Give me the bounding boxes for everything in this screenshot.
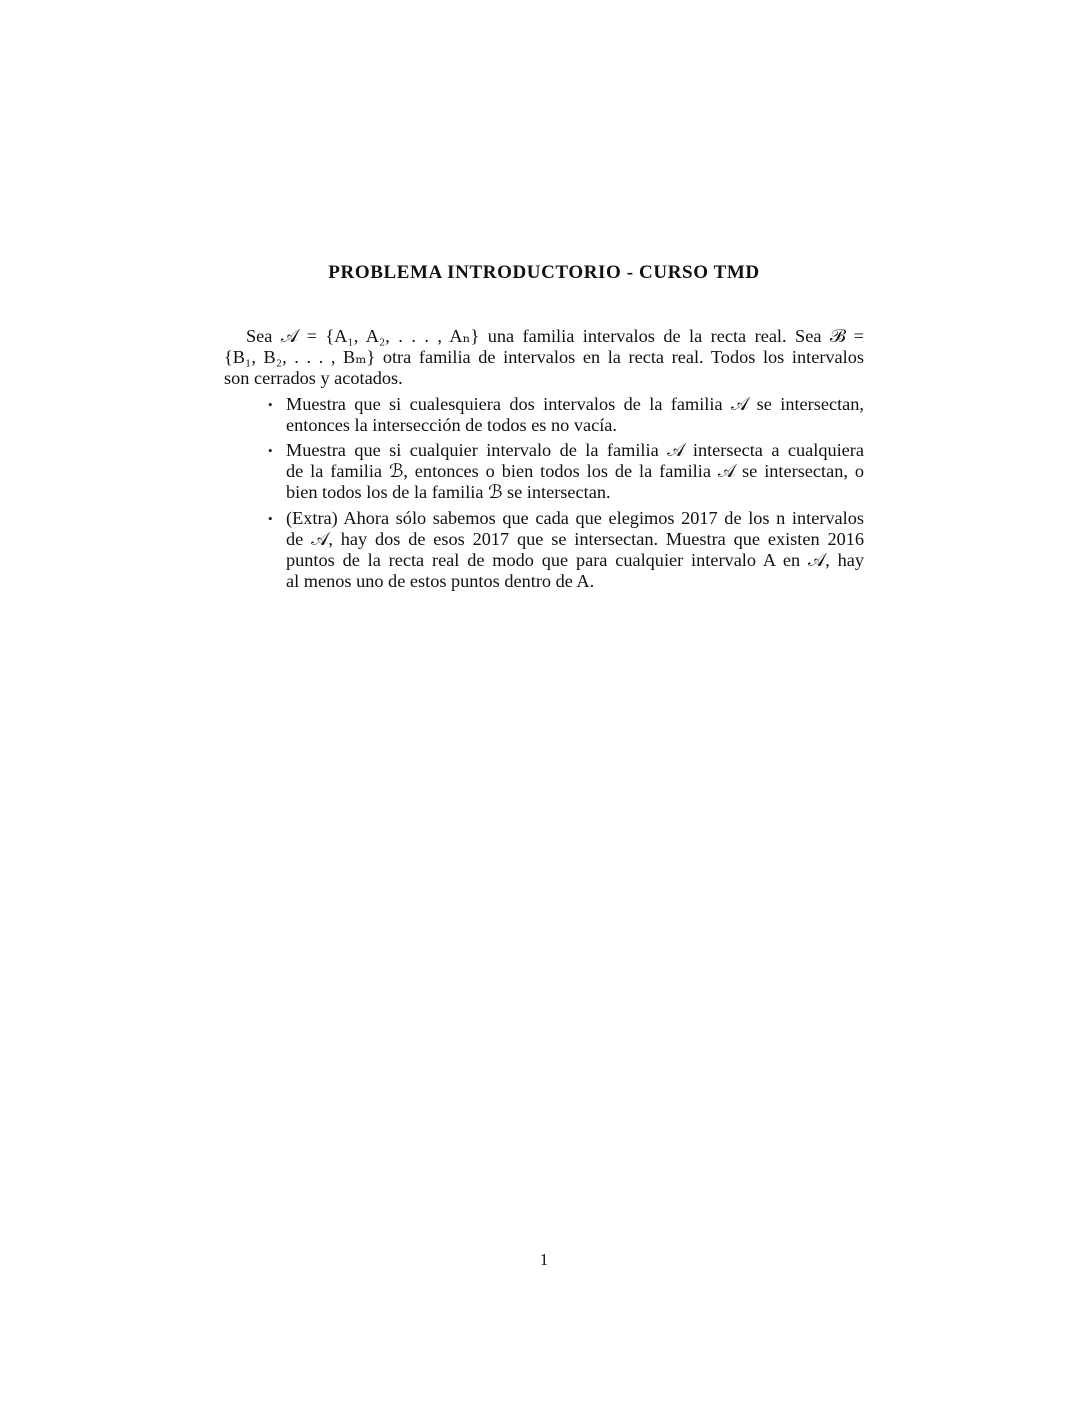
bullet-icon: • xyxy=(268,508,273,529)
item-line: de 𝒜, hay dos de esos 2017 que se inters… xyxy=(286,529,864,550)
document-title: PROBLEMA INTRODUCTORIO - CURSO TMD xyxy=(0,262,1088,284)
item-line: entonces la intersección de todos es no … xyxy=(286,415,864,436)
item-line: Muestra que si cualesquiera dos interval… xyxy=(286,394,864,415)
item-line: de la familia ℬ, entonces o bien todos l… xyxy=(286,461,864,482)
bullet-icon: • xyxy=(268,394,273,415)
item-line: al menos uno de estos puntos dentro de A… xyxy=(286,571,864,592)
item-line: bien todos los de la familia ℬ se inters… xyxy=(286,482,864,503)
intro-line: son cerrados y acotados. xyxy=(224,368,864,389)
bullet-icon: • xyxy=(268,440,273,461)
intro-line: {B₁, B₂, . . . , Bₘ} otra familia de int… xyxy=(224,347,864,368)
document-body: Sea 𝒜 = {A₁, A₂, . . . , Aₙ} una familia… xyxy=(224,326,864,596)
intro-line: Sea 𝒜 = {A₁, A₂, . . . , Aₙ} una familia… xyxy=(224,326,864,347)
document-page: PROBLEMA INTRODUCTORIO - CURSO TMD Sea 𝒜… xyxy=(0,0,1088,1408)
item-line: puntos de la recta real de modo que para… xyxy=(286,550,864,571)
list-item: • Muestra que si cualesquiera dos interv… xyxy=(286,394,864,436)
item-line: Muestra que si cualquier intervalo de la… xyxy=(286,440,864,461)
problem-list: • Muestra que si cualesquiera dos interv… xyxy=(224,394,864,593)
list-item: • (Extra) Ahora sólo sabemos que cada qu… xyxy=(286,508,864,593)
intro-paragraph: Sea 𝒜 = {A₁, A₂, . . . , Aₙ} una familia… xyxy=(224,326,864,390)
item-line: (Extra) Ahora sólo sabemos que cada que … xyxy=(286,508,864,529)
page-number: 1 xyxy=(0,1250,1088,1270)
list-item: • Muestra que si cualquier intervalo de … xyxy=(286,440,864,504)
